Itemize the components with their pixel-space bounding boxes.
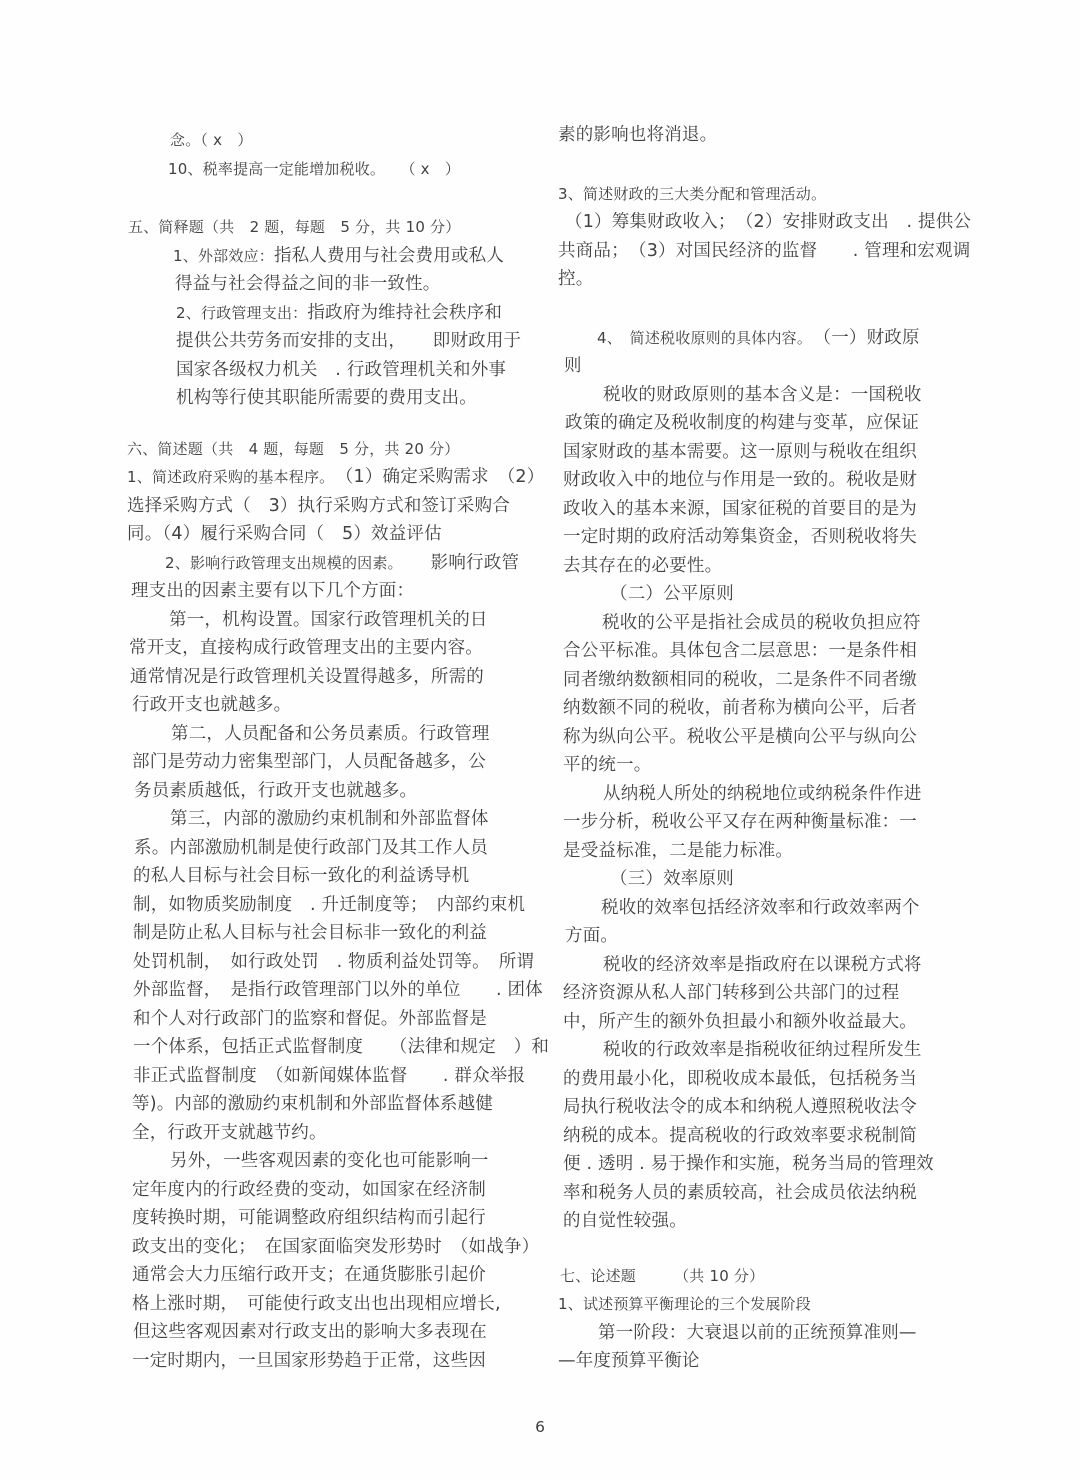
text-line: 一定时期内，一旦国家形势趋于正常，这些因 <box>127 1347 557 1376</box>
text-line: 机构等行使其职能所需要的费用支出。 <box>127 384 557 413</box>
text-run: 税收的行政效率是指税收征纳过程所发生 <box>603 1040 922 1060</box>
text-run: 第一阶段：大衰退以前的正统预算准则— <box>598 1323 917 1343</box>
text-line: 全，行政开支就越节约。 <box>127 1119 557 1148</box>
text-run: 格上涨时期， 可能使行政支出也出现相应增长, <box>132 1294 501 1314</box>
text-run: 同。（4）履行采购合同（ 5）效益评估 <box>127 524 442 544</box>
text-run: 是受益标准，二是能力标准。 <box>563 841 793 861</box>
text-run: 4、 简述税收原则的具体内容。 <box>597 329 805 347</box>
text-run: 指私人费用与社会费用或私人 <box>274 246 504 266</box>
text-line: 3、简述财政的三大类分配和管理活动。 <box>558 180 988 209</box>
text-line: （三）效率原则 <box>558 865 988 894</box>
text-line: 一步分析，税收公平又存在两种衡量标准：一 <box>558 808 988 837</box>
text-run: 常开支，直接构成行政管理支出的主要内容。 <box>129 638 483 658</box>
text-run: 财政收入中的地位与作用是一致的。税收是财 <box>563 470 917 490</box>
text-line: 税收的经济效率是指政府在以课税方式将 <box>558 951 988 980</box>
text-run: 便 . 透明 . 易于操作和实施，税务当局的管理效 <box>563 1154 934 1174</box>
text-line: 常开支，直接构成行政管理支出的主要内容。 <box>127 634 557 663</box>
text-run: 机构等行使其职能所需要的费用支出。 <box>176 388 477 408</box>
page-number: 6 <box>0 1418 1080 1436</box>
text-line: 是受益标准，二是能力标准。 <box>558 837 988 866</box>
text-run: 的费用最小化，即税收成本最低，包括税务当 <box>563 1069 917 1089</box>
text-line: 2、行政管理支出：指政府为维持社会秩序和 <box>127 299 557 328</box>
text-line: 便 . 透明 . 易于操作和实施，税务当局的管理效 <box>558 1150 988 1179</box>
text-line: —年度预算平衡论 <box>558 1347 988 1376</box>
text-line: 中，所产生的额外负担最小和额外收益最大。 <box>558 1008 988 1037</box>
text-line: 通常会大力压缩行政开支；在通货膨胀引起价 <box>127 1261 557 1290</box>
text-run: 提供公共劳务而安排的支出， 即财政用于 <box>176 331 521 351</box>
text-line: 税收的行政效率是指税收征纳过程所发生 <box>558 1036 988 1065</box>
text-run: 去其存在的必要性。 <box>563 556 722 576</box>
text-run: 指政府为维持社会秩序和 <box>307 303 502 323</box>
text-line: 第一，机构设置。国家行政管理机关的日 <box>127 606 557 635</box>
text-run: 素的影响也将消退。 <box>558 125 717 145</box>
text-run: 1、简述政府采购的基本程序。 <box>127 468 327 486</box>
text-run: 一定时期内，一旦国家形势趋于正常，这些因 <box>132 1351 486 1371</box>
text-line: 和个人对行政部门的监察和督促。外部监督是 <box>127 1005 557 1034</box>
text-line: 度转换时期，可能调整政府组织结构而引起行 <box>127 1204 557 1233</box>
text-run: 一步分析，税收公平又存在两种衡量标准：一 <box>563 812 917 832</box>
text-line: 理支出的因素主要有以下几个方面： <box>127 577 557 606</box>
text-run: 1、外部效应： <box>173 247 274 265</box>
text-run: 选择采购方式（ 3）执行采购方式和签订采购合 <box>127 496 510 516</box>
text-line: 定年度内的行政经费的变动，如国家在经济制 <box>127 1176 557 1205</box>
text-run: 和个人对行政部门的监察和督促。外部监督是 <box>133 1009 487 1029</box>
text-line: 七、论述题 （共 10 分） <box>558 1262 988 1291</box>
text-run: 理支出的因素主要有以下几个方面： <box>131 581 414 601</box>
text-run: 处罚机制， 如行政处罚 . 物质利益处罚等。 所谓 <box>133 952 534 972</box>
text-line: 的费用最小化，即税收成本最低，包括税务当 <box>558 1065 988 1094</box>
text-line: 务员素质越低，行政开支也就越多。 <box>127 777 557 806</box>
text-line: 经济资源从私人部门转移到公共部门的过程 <box>558 979 988 1008</box>
text-run: 系。内部激励机制是使行政部门及其工作人员 <box>134 838 488 858</box>
text-run: （一）财政原 <box>805 328 920 348</box>
text-run: 从纳税人所处的纳税地位或纳税条件作进 <box>603 784 922 804</box>
text-run: 非正式监督制度 （如新闻媒体监督 . 群众举报 <box>133 1066 525 1086</box>
text-line: 1、试述预算平衡理论的三个发展阶段 <box>558 1290 988 1319</box>
text-line: 则 <box>558 352 988 381</box>
text-run: 念。（ x ） <box>170 131 253 149</box>
text-run: 政支出的变化； 在国家面临突发形势时 （如战争） <box>132 1237 539 1257</box>
text-line: 同。（4）履行采购合同（ 5）效益评估 <box>127 520 557 549</box>
text-run: 经济资源从私人部门转移到公共部门的过程 <box>563 983 899 1003</box>
text-line: 念。（ x ） <box>127 126 557 155</box>
text-run: 国家各级权力机关 . 行政管理机关和外事 <box>176 360 506 380</box>
text-run: 制是防止私人目标与社会目标非一致化的利益 <box>133 923 487 943</box>
text-line: 去其存在的必要性。 <box>558 552 988 581</box>
text-line: 率和税务人员的素质较高，社会成员依法纳税 <box>558 1179 988 1208</box>
text-line: 政支出的变化； 在国家面临突发形势时 （如战争） <box>127 1233 557 1262</box>
text-line: 素的影响也将消退。 <box>558 121 988 150</box>
text-run: 税收的财政原则的基本含义是：一国税收 <box>603 385 922 405</box>
text-line: 称为纵向公平。税收公平是横向公平与纵向公 <box>558 723 988 752</box>
text-line: 得益与社会得益之间的非一致性。 <box>127 270 557 299</box>
text-run: 但这些客观因素对行政支出的影响大多表现在 <box>133 1322 487 1342</box>
text-line: 1、外部效应：指私人费用与社会费用或私人 <box>127 242 557 271</box>
text-line: （1）筹集财政收入； （2）安排财政支出 . 提供公 <box>558 208 988 237</box>
text-run: 的私人目标与社会目标一致化的利益诱导机 <box>133 866 469 886</box>
text-run: 等)。内部的激励约束机制和外部监督体系越健 <box>132 1094 493 1114</box>
text-line: 处罚机制， 如行政处罚 . 物质利益处罚等。 所谓 <box>127 948 557 977</box>
text-run: 税收的经济效率是指政府在以课税方式将 <box>603 955 922 975</box>
text-run: 第二，人员配备和公务员素质。行政管理 <box>171 724 490 744</box>
text-run: 通常情况是行政管理机关设置得越多，所需的 <box>130 667 484 687</box>
text-run: 2、影响行政管理支出规模的因素。 <box>165 554 395 572</box>
text-line: 从纳税人所处的纳税地位或纳税条件作进 <box>558 780 988 809</box>
text-line: 政策的确定及税收制度的构建与变革，应保证 <box>558 409 988 438</box>
text-line: 一定时期的政府活动筹集资金，否则税收将失 <box>558 523 988 552</box>
text-run: 度转换时期，可能调整政府组织结构而引起行 <box>132 1208 486 1228</box>
text-run: 得益与社会得益之间的非一致性。 <box>175 274 441 294</box>
text-line: 国家各级权力机关 . 行政管理机关和外事 <box>127 356 557 385</box>
text-run: 的自觉性较强。 <box>563 1211 687 1231</box>
text-line: 部门是劳动力密集型部门，人员配备越多，公 <box>127 748 557 777</box>
text-line: 制，如物质奖励制度 . 升迁制度等； 内部约束机 <box>127 891 557 920</box>
text-line: 第三，内部的激励约束机制和外部监督体 <box>127 805 557 834</box>
text-run: （1）确定采购需求 （2） <box>327 467 545 487</box>
text-run: 另外，一些客观因素的变化也可能影响一 <box>170 1151 489 1171</box>
text-line: 控。 <box>558 265 988 294</box>
text-run: 行政开支也就越多。 <box>132 695 291 715</box>
text-line: 系。内部激励机制是使行政部门及其工作人员 <box>127 834 557 863</box>
text-run: 影响行政管 <box>395 553 519 573</box>
text-line: 的自觉性较强。 <box>558 1207 988 1236</box>
text-run: 中，所产生的额外负担最小和额外收益最大。 <box>563 1012 917 1032</box>
text-run: 通常会大力压缩行政开支；在通货膨胀引起价 <box>132 1265 486 1285</box>
text-line: 局执行税收法令的成本和纳税人遵照税收法令 <box>558 1093 988 1122</box>
text-line: 格上涨时期， 可能使行政支出也出现相应增长, <box>127 1290 557 1319</box>
text-run: 称为纵向公平。税收公平是横向公平与纵向公 <box>563 727 917 747</box>
text-line: 第一阶段：大衰退以前的正统预算准则— <box>558 1319 988 1348</box>
text-line: 2、影响行政管理支出规模的因素。 影响行政管 <box>127 549 557 578</box>
text-line: 的私人目标与社会目标一致化的利益诱导机 <box>127 862 557 891</box>
text-line: 4、 简述税收原则的具体内容。 （一）财政原 <box>558 324 988 353</box>
text-line: 税收的财政原则的基本含义是：一国税收 <box>558 381 988 410</box>
text-run: —年度预算平衡论 <box>558 1351 700 1371</box>
text-run: 外部监督， 是指行政管理部门以外的单位 . 团体 <box>133 980 543 1000</box>
text-run: 共商品； （3）对国民经济的监督 . 管理和宏观调 <box>558 241 970 261</box>
text-line: 但这些客观因素对行政支出的影响大多表现在 <box>127 1318 557 1347</box>
text-run: 局执行税收法令的成本和纳税人遵照税收法令 <box>563 1097 917 1117</box>
text-line: 财政收入中的地位与作用是一致的。税收是财 <box>558 466 988 495</box>
text-line: 1、简述政府采购的基本程序。 （1）确定采购需求 （2） <box>127 463 557 492</box>
text-run: 七、论述题 （共 10 分） <box>560 1267 764 1285</box>
text-run: 税收的效率包括经济效率和行政效率两个 <box>601 898 920 918</box>
text-run: 则 <box>564 356 582 376</box>
text-line: 国家财政的基本需要。这一原则与税收在组织 <box>558 438 988 467</box>
text-line: 平的统一。 <box>558 751 988 780</box>
text-run: 纳数额不同的税收，前者称为横向公平，后者 <box>563 698 917 718</box>
text-line: 税收的公平是指社会成员的税收负担应符 <box>558 609 988 638</box>
text-run: 控。 <box>558 269 593 289</box>
text-run: 一定时期的政府活动筹集资金，否则税收将失 <box>563 527 917 547</box>
text-run: 10、税率提高一定能增加税收。 （ x ） <box>168 160 460 178</box>
text-line: 10、税率提高一定能增加税收。 （ x ） <box>127 155 557 184</box>
text-line: 合公平标准。具体包含二层意思：一是条件相 <box>558 637 988 666</box>
text-line: 另外，一些客观因素的变化也可能影响一 <box>127 1147 557 1176</box>
left-column: 念。（ x ）10、税率提高一定能增加税收。 （ x ）五、简释题（共 2 题，… <box>127 0 557 1375</box>
text-run: 合公平标准。具体包含二层意思：一是条件相 <box>563 641 917 661</box>
text-line: 非正式监督制度 （如新闻媒体监督 . 群众举报 <box>127 1062 557 1091</box>
text-line: 通常情况是行政管理机关设置得越多，所需的 <box>127 663 557 692</box>
text-run: 政策的确定及税收制度的构建与变革，应保证 <box>565 413 919 433</box>
text-run: （二）公平原则 <box>610 584 734 604</box>
text-line: 同者缴纳数额相同的税收，二是条件不同者缴 <box>558 666 988 695</box>
text-line: 六、简述题（共 4 题，每题 5 分，共 20 分） <box>127 435 557 464</box>
text-line: （二）公平原则 <box>558 580 988 609</box>
text-line: 一个体系，包括正式监督制度 （法律和规定 ）和 <box>127 1033 557 1062</box>
text-line: 方面。 <box>558 922 988 951</box>
text-run: （1）筹集财政收入； （2）安排财政支出 . 提供公 <box>565 212 971 232</box>
text-run: 1、试述预算平衡理论的三个发展阶段 <box>558 1295 811 1313</box>
text-run: 平的统一。 <box>563 755 652 775</box>
text-run: 部门是劳动力密集型部门，人员配备越多，公 <box>132 752 486 772</box>
text-line: 税收的效率包括经济效率和行政效率两个 <box>558 894 988 923</box>
text-run: 3、简述财政的三大类分配和管理活动。 <box>558 185 826 203</box>
text-run: 五、简释题（共 2 题，每题 5 分，共 10 分） <box>128 218 460 236</box>
text-run: 定年度内的行政经费的变动，如国家在经济制 <box>132 1180 486 1200</box>
text-run: 2、行政管理支出： <box>176 304 307 322</box>
text-run: （三）效率原则 <box>610 869 734 889</box>
text-line: 五、简释题（共 2 题，每题 5 分，共 10 分） <box>127 213 557 242</box>
text-line: 提供公共劳务而安排的支出， 即财政用于 <box>127 327 557 356</box>
text-run: 政收入的基本来源，国家征税的首要目的是为 <box>563 499 917 519</box>
text-line: 政收入的基本来源，国家征税的首要目的是为 <box>558 495 988 524</box>
right-column: 素的影响也将消退。3、简述财政的三大类分配和管理活动。（1）筹集财政收入； （2… <box>558 0 988 1376</box>
text-line: 外部监督， 是指行政管理部门以外的单位 . 团体 <box>127 976 557 1005</box>
text-run: 六、简述题（共 4 题，每题 5 分，共 20 分） <box>127 440 459 458</box>
text-line: 选择采购方式（ 3）执行采购方式和签订采购合 <box>127 492 557 521</box>
text-run: 率和税务人员的素质较高，社会成员依法纳税 <box>563 1183 917 1203</box>
text-run: 第一，机构设置。国家行政管理机关的日 <box>169 610 488 630</box>
text-run: 务员素质越低，行政开支也就越多。 <box>134 781 417 801</box>
text-line: 纳数额不同的税收，前者称为横向公平，后者 <box>558 694 988 723</box>
text-run: 制，如物质奖励制度 . 升迁制度等； 内部约束机 <box>133 895 525 915</box>
text-line: 行政开支也就越多。 <box>127 691 557 720</box>
text-line: 共商品； （3）对国民经济的监督 . 管理和宏观调 <box>558 237 988 266</box>
text-line: 制是防止私人目标与社会目标非一致化的利益 <box>127 919 557 948</box>
text-run: 同者缴纳数额相同的税收，二是条件不同者缴 <box>563 670 917 690</box>
text-run: 方面。 <box>565 926 618 946</box>
text-run: 纳税的成本。提高税收的行政效率要求税制简 <box>563 1126 917 1146</box>
document-page: 念。（ x ）10、税率提高一定能增加税收。 （ x ）五、简释题（共 2 题，… <box>0 0 1080 1480</box>
text-run: 一个体系，包括正式监督制度 （法律和规定 ）和 <box>133 1037 549 1057</box>
text-run: 第三，内部的激励约束机制和外部监督体 <box>170 809 489 829</box>
text-line: 第二，人员配备和公务员素质。行政管理 <box>127 720 557 749</box>
text-line: 纳税的成本。提高税收的行政效率要求税制简 <box>558 1122 988 1151</box>
text-line: 等)。内部的激励约束机制和外部监督体系越健 <box>127 1090 557 1119</box>
text-run: 国家财政的基本需要。这一原则与税收在组织 <box>563 442 917 462</box>
text-run: 税收的公平是指社会成员的税收负担应符 <box>602 613 921 633</box>
text-run: 全，行政开支就越节约。 <box>132 1123 327 1143</box>
